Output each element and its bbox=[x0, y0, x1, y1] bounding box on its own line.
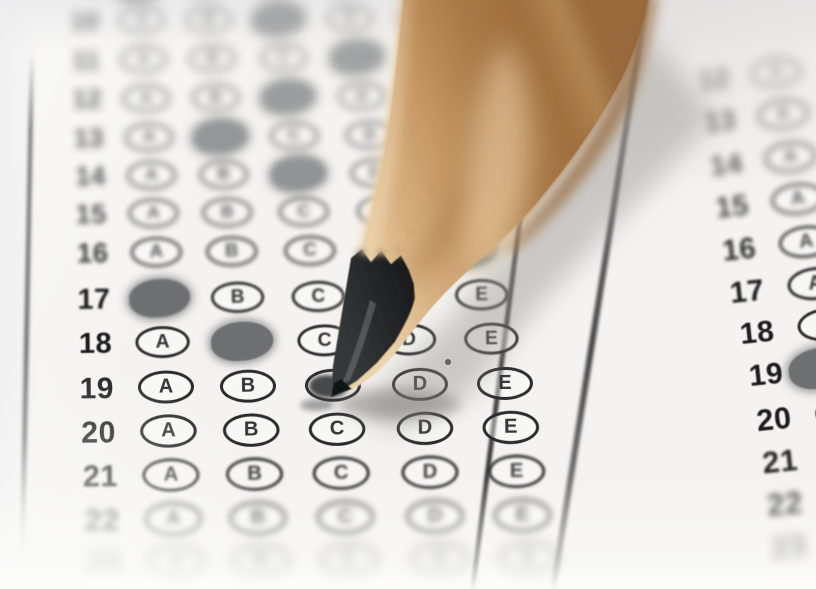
bubble-B: B bbox=[189, 45, 236, 73]
bubble-A: A bbox=[126, 160, 176, 190]
question-number: 13 bbox=[703, 100, 758, 142]
question-number: 17 bbox=[728, 268, 788, 314]
question-number: 15 bbox=[714, 184, 771, 228]
question-number: 17 bbox=[27, 281, 111, 320]
question-number: 14 bbox=[28, 159, 106, 195]
question-number: 16 bbox=[720, 227, 779, 272]
bubble-A: A bbox=[777, 223, 816, 261]
bubble-D: D bbox=[397, 411, 454, 445]
bubble-A: A bbox=[122, 84, 170, 113]
bubble-E: E bbox=[482, 410, 539, 444]
bubble-E: E bbox=[419, 120, 468, 149]
answer-row-14: 14ABCDE bbox=[5, 155, 498, 195]
bubble-E: E bbox=[410, 81, 458, 110]
question-number: 20 bbox=[755, 396, 816, 443]
bubble-E: E bbox=[455, 279, 509, 311]
question-number: 16 bbox=[27, 236, 108, 274]
answer-row-15: 15ABCDE bbox=[4, 193, 508, 234]
bubble-B: B bbox=[192, 83, 240, 112]
bubble-B: B bbox=[202, 197, 253, 227]
question-number: 13 bbox=[27, 122, 104, 158]
bubble-C: C bbox=[292, 281, 346, 313]
answer-row-13: 13ABCDE bbox=[4, 118, 492, 158]
bubble-E: E bbox=[405, 42, 452, 70]
bubble-D: D bbox=[350, 158, 400, 188]
bubble-B: B bbox=[185, 6, 231, 34]
bubble-D: D bbox=[326, 4, 372, 32]
bubble-D: D bbox=[364, 234, 416, 265]
bubble-A: A bbox=[124, 123, 173, 152]
bubble-D: D bbox=[329, 38, 385, 76]
bubble-D: D bbox=[382, 323, 437, 356]
bubble-C: C bbox=[279, 197, 330, 227]
answer-row-12: 12ABCDE bbox=[5, 79, 481, 118]
bubble-C: C bbox=[251, 0, 306, 37]
bubble-D: D bbox=[345, 120, 394, 149]
question-number: 10 bbox=[26, 6, 98, 40]
bubble-C: C bbox=[260, 44, 307, 72]
answer-row-17: 17ABCDE bbox=[2, 277, 534, 321]
bubble-C: C bbox=[284, 235, 336, 266]
bubble-A: A bbox=[128, 276, 192, 319]
answer-sheet-photo: 9ABCDE10ABCDE11ABCDE12ABCDE13ABCDE14ABCD… bbox=[0, 0, 816, 589]
answer-row-16: 16ABCDE bbox=[3, 231, 519, 273]
bubble-C: C bbox=[259, 77, 316, 116]
answer-row-11: 11ABCDE bbox=[4, 40, 475, 79]
bubble-E: E bbox=[396, 4, 442, 32]
bubble-B: B bbox=[191, 117, 250, 157]
bubble-E: E bbox=[464, 322, 519, 355]
bubble-A: A bbox=[130, 237, 182, 268]
bubble-A: A bbox=[786, 264, 816, 303]
bubble-D: D bbox=[338, 82, 386, 111]
bubble-A: A bbox=[118, 7, 164, 35]
question-number: 11 bbox=[26, 44, 100, 78]
bubble-E: E bbox=[424, 157, 474, 187]
bubble-D: D bbox=[374, 280, 428, 312]
bubble-C: C bbox=[268, 154, 327, 194]
question-number: 12 bbox=[697, 59, 751, 100]
bubble-B: B bbox=[206, 236, 258, 267]
bubble-E: E bbox=[477, 367, 533, 401]
bottom-defocus-fade bbox=[0, 479, 816, 589]
bubble-A: A bbox=[796, 305, 816, 344]
question-number: 15 bbox=[27, 197, 107, 234]
bubble-A: A bbox=[769, 180, 816, 217]
question-number: 21 bbox=[760, 438, 816, 485]
bubble-E: E bbox=[433, 195, 484, 225]
bubble-A: A bbox=[128, 198, 179, 228]
answer-row-10: 10ABCDE bbox=[5, 2, 465, 40]
question-number: 14 bbox=[708, 143, 764, 186]
bubble-A: A bbox=[120, 45, 167, 73]
question-number: 18 bbox=[738, 309, 798, 355]
bubble-A: A bbox=[763, 139, 816, 175]
bubble-D: D bbox=[392, 368, 448, 402]
bubble-B: B bbox=[198, 160, 248, 190]
bubble-B: B bbox=[211, 281, 265, 313]
bubble-A: A bbox=[749, 55, 802, 90]
bubble-C: C bbox=[269, 121, 318, 150]
bubble-D: D bbox=[357, 196, 408, 226]
bubble-A: A bbox=[756, 96, 810, 132]
bubble-E: E bbox=[437, 228, 499, 270]
question-number: 12 bbox=[27, 83, 102, 118]
